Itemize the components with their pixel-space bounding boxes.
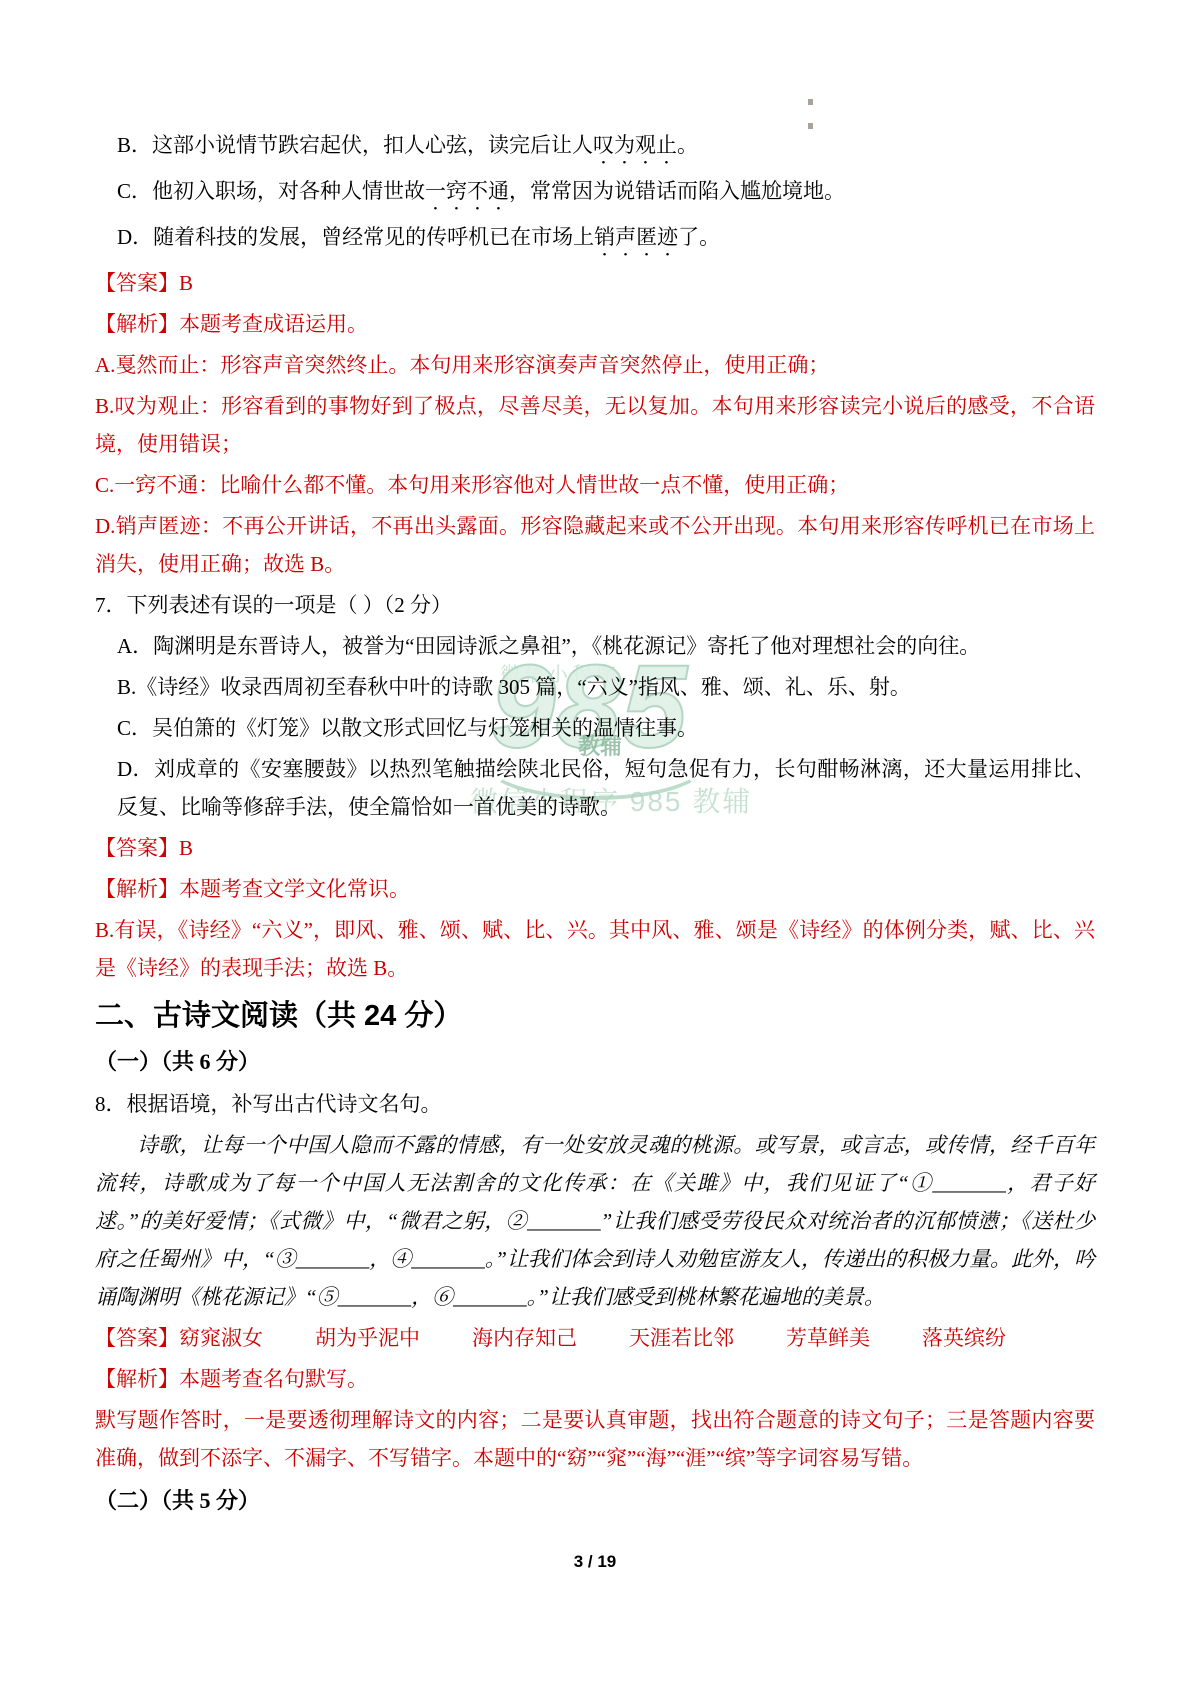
q6-option-d-text-post: 了。 bbox=[678, 225, 720, 249]
q7-answer-line: 【答案】B bbox=[95, 829, 1095, 867]
q7-option-b-text: 《诗经》收录西周初至春秋中叶的诗歌 305 篇，“六义”指风、雅、颂、礼、乐、射… bbox=[136, 675, 911, 699]
q6-option-d-idiom: 销声匿迹 bbox=[594, 225, 678, 249]
q6-analysis-intro: 【解析】本题考查成语运用。 bbox=[95, 305, 1095, 343]
q6-option-c-text-post: ，常常因为说错话而陷入尴尬境地。 bbox=[509, 179, 845, 203]
page-number: 3 / 19 bbox=[0, 1552, 1190, 1572]
analysis-label: 【解析】 bbox=[95, 877, 179, 901]
exam-page: { "page": { "footer": "3 / 19" }, "color… bbox=[0, 0, 1190, 1683]
q8-answer-4: 天涯若比邻 bbox=[629, 1319, 734, 1357]
analysis-label: 【解析】 bbox=[95, 312, 179, 336]
q8-answer-3: 海内存知己 bbox=[472, 1319, 577, 1357]
analysis-label: 【解析】 bbox=[95, 1367, 179, 1391]
page-content: B．这部小说情节跌宕起伏，扣人心弦，读完后让人叹为观止。 C．他初入职场，对各种… bbox=[95, 126, 1095, 1524]
q6-option-b-text-post: 。 bbox=[677, 133, 698, 157]
q6-option-b: B．这部小说情节跌宕起伏，扣人心弦，读完后让人叹为观止。 bbox=[95, 126, 1095, 169]
q8-answer-6: 落英缤纷 bbox=[922, 1319, 1006, 1357]
answer-label: 【答案】 bbox=[95, 1319, 179, 1357]
q6-option-b-idiom: 叹为观止 bbox=[593, 133, 677, 157]
q8-answer-5: 芳草鲜美 bbox=[786, 1319, 870, 1357]
q6-answer-line: 【答案】B bbox=[95, 264, 1095, 302]
q8-analysis-intro: 【解析】本题考查名句默写。 bbox=[95, 1360, 1095, 1398]
q7-option-d-text: 刘成章的《安塞腰鼓》以热烈笔触描绘陕北民俗，短句急促有力，长句酣畅淋漓，还大量运… bbox=[117, 757, 1095, 819]
q8-passage: 诗歌，让每一个中国人隐而不露的情感，有一处安放灵魂的桃源。或写景，或言志，或传情… bbox=[95, 1126, 1095, 1316]
q7-option-a-label: A． bbox=[117, 634, 153, 658]
q7-option-d: D．刘成章的《安塞腰鼓》以热烈笔触描绘陕北民俗，短句急促有力，长句酣畅淋漓，还大… bbox=[95, 750, 1095, 826]
q6-option-d: D．随着科技的发展，曾经常见的传呼机已在市场上销声匿迹了。 bbox=[95, 218, 1095, 261]
q6-option-b-text-pre: 这部小说情节跌宕起伏，扣人心弦，读完后让人 bbox=[152, 133, 593, 157]
q7-option-c-text: 吴伯箫的《灯笼》以散文形式回忆与灯笼相关的温情往事。 bbox=[152, 716, 698, 740]
q8-answer-2: 胡为乎泥中 bbox=[315, 1319, 420, 1357]
q6-option-c-idiom: 一窍不通 bbox=[425, 179, 509, 203]
q7-option-d-label: D． bbox=[117, 757, 154, 781]
q6-analysis-a: A.戛然而止：形容声音突然终止。本句用来形容演奏声音突然停止，使用正确； bbox=[95, 346, 1095, 384]
q7-analysis-intro: 【解析】本题考查文学文化常识。 bbox=[95, 870, 1095, 908]
q7-stem: 7．下列表述有误的一项是（ ）（2 分） bbox=[95, 586, 1095, 624]
q6-analysis-c: C.一窍不通：比喻什么都不懂。本句用来形容他对人情世故一点不懂，使用正确； bbox=[95, 466, 1095, 504]
q6-analysis-intro-text: 本题考查成语运用。 bbox=[179, 312, 368, 336]
q7-option-b-label: B. bbox=[117, 675, 136, 699]
q8-analysis-intro-text: 本题考查名句默写。 bbox=[179, 1367, 368, 1391]
q7-option-c: C．吴伯箫的《灯笼》以散文形式回忆与灯笼相关的温情往事。 bbox=[95, 709, 1095, 747]
q6-option-d-text-pre: 随着科技的发展，曾经常见的传呼机已在市场上 bbox=[153, 225, 594, 249]
q6-analysis-b: B.叹为观止：形容看到的事物好到了极点，尽善尽美，无以复加。本句用来形容读完小说… bbox=[95, 387, 1095, 463]
q7-answer-value: B bbox=[179, 836, 193, 860]
q8-stem: 8．根据语境，补写出古代诗文名句。 bbox=[95, 1085, 1095, 1123]
q6-answer-value: B bbox=[179, 271, 193, 295]
q8-answer-1: 窈窕淑女 bbox=[179, 1319, 263, 1357]
q6-option-c: C．他初入职场，对各种人情世故一窍不通，常常因为说错话而陷入尴尬境地。 bbox=[95, 172, 1095, 215]
q7-analysis-intro-text: 本题考查文学文化常识。 bbox=[179, 877, 410, 901]
answer-label: 【答案】 bbox=[95, 271, 179, 295]
q8-answer-line: 【答案】 窈窕淑女 胡为乎泥中 海内存知己 天涯若比邻 芳草鲜美 落英缤纷 bbox=[95, 1319, 1095, 1357]
q7-option-a: A．陶渊明是东晋诗人，被誉为“田园诗派之鼻祖”，《桃花源记》寄托了他对理想社会的… bbox=[95, 627, 1095, 665]
q6-option-b-label: B． bbox=[117, 133, 152, 157]
q7-option-b: B.《诗经》收录西周初至春秋中叶的诗歌 305 篇，“六义”指风、雅、颂、礼、乐… bbox=[95, 668, 1095, 706]
q6-option-d-label: D． bbox=[117, 225, 153, 249]
q6-option-c-label: C． bbox=[117, 179, 152, 203]
scan-artifact-dot bbox=[808, 99, 813, 105]
section2-part1-title: （一）（共 6 分） bbox=[95, 1041, 1095, 1083]
q8-analysis-body: 默写题作答时，一是要透彻理解诗文的内容；二是要认真审题，找出符合题意的诗文句子；… bbox=[95, 1401, 1095, 1477]
q7-analysis-body: B.有误，《诗经》“六义”，即风、雅、颂、赋、比、兴。其中风、雅、颂是《诗经》的… bbox=[95, 911, 1095, 987]
answer-label: 【答案】 bbox=[95, 836, 179, 860]
q7-option-a-text: 陶渊明是东晋诗人，被誉为“田园诗派之鼻祖”，《桃花源记》寄托了他对理想社会的向往… bbox=[153, 634, 980, 658]
q6-option-c-text-pre: 他初入职场，对各种人情世故 bbox=[152, 179, 425, 203]
q6-analysis-d: D.销声匿迹：不再公开讲话，不再出头露面。形容隐藏起来或不公开出现。本句用来形容… bbox=[95, 507, 1095, 583]
section2-title: 二、古诗文阅读（共 24 分） bbox=[95, 993, 1095, 1039]
section2-part2-title: （二）（共 5 分） bbox=[95, 1480, 1095, 1522]
q7-option-c-label: C． bbox=[117, 716, 152, 740]
